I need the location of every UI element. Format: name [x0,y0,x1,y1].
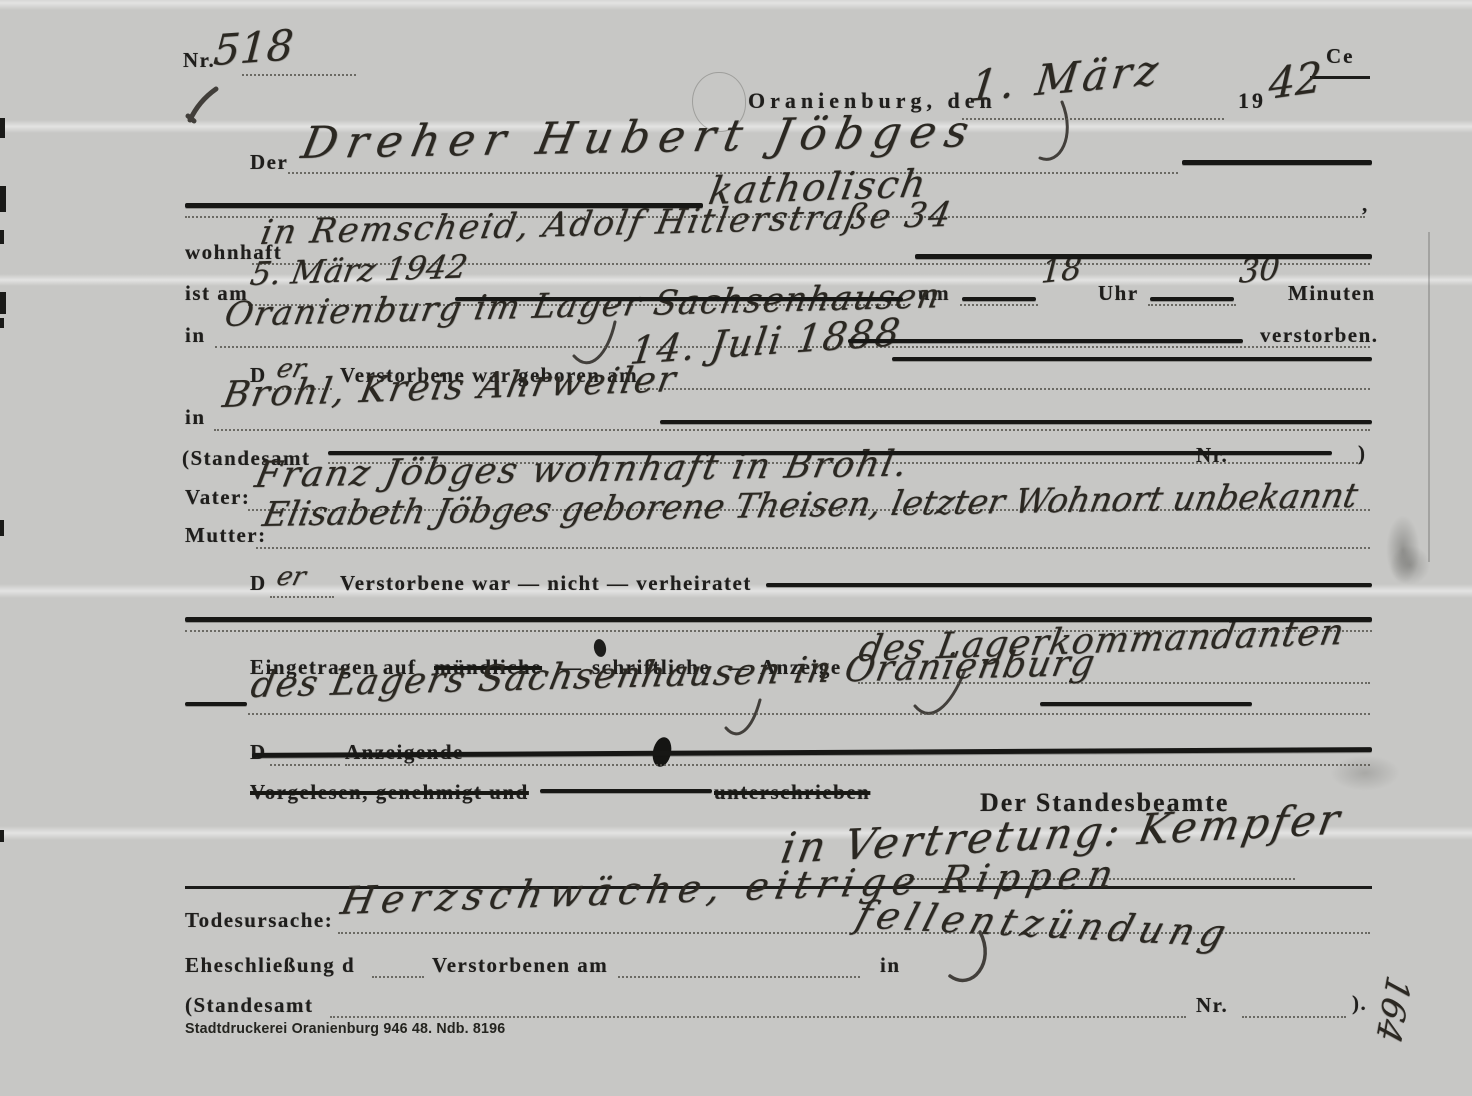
dotted-line [1148,304,1236,306]
pen-flourish [726,700,760,734]
cause-of-death-label: Todesursache: [185,908,333,933]
printer-imprint: Stadtdruckerei Oranienburg 946 48. Ndb. … [185,1020,505,1037]
death-place-label: in [185,323,206,348]
registry2-label: (Standesamt [185,993,314,1018]
hour-label: Uhr [1098,281,1139,306]
dotted-line [242,74,356,76]
strikeout-bar [185,617,1372,622]
strikeout-bar [892,357,1372,361]
comma-mark: , [1362,192,1369,217]
marriage-label-2: Verstorbenen am [432,953,608,978]
deceased-name: Dreher Hubert Jöbges [298,110,981,166]
strikeout-bar [1182,160,1372,165]
registry2-close-paren: ). [1352,991,1367,1016]
marital-prefix: D [250,571,267,596]
strikeout-bar [185,702,247,706]
death-date-value: 5. März 1942 [248,250,470,290]
registry-close-paren: ) [1358,441,1367,466]
minute-label: Minuten [1288,281,1376,306]
strikeout-bar [962,297,1036,301]
dotted-line [962,118,1224,120]
strikeout-bar [848,339,1243,343]
marriage-label-1: Eheschließung d [185,953,355,978]
certificate-number-value: 518 [212,24,295,72]
dotted-line [960,304,1038,306]
strikeout-bar [766,583,1372,587]
pen-flourish [574,322,615,363]
dotted-line [372,976,424,978]
strikeout-bar [1150,297,1234,301]
certificate-number-label: Nr. [183,48,215,73]
marriage-in-label: in [880,953,901,978]
dotted-line [214,429,1370,431]
margin-number: 164 [1371,972,1415,1047]
dotted-line [345,764,1370,766]
dotted-line [618,976,860,978]
strikeout-bar [540,789,712,793]
pen-check-mark [190,89,216,120]
year-handwritten: 42 [1268,56,1322,106]
article-label: Der [250,150,288,175]
pen-flourish [1040,102,1067,159]
death-certificate-scan: Nr. 518 Oranienburg, den 1. März 19 42 C… [0,0,1472,1096]
signed-label-struck: unterschrieben [714,780,870,805]
dotted-line [640,388,1370,390]
registry2-nr-label: Nr. [1196,993,1228,1018]
father-label: Vater: [185,485,250,510]
strikeout-bar [660,420,1372,424]
dotted-line [1242,1016,1346,1018]
registry-nr-label: Nr. [1196,443,1228,468]
strikeout-bar [185,203,703,208]
corner-mark: Ce [1326,44,1355,69]
strikeout-bar [915,254,1372,259]
read-approved-label-struck: Vorgelesen, genehmigt und [250,780,529,805]
dotted-line [270,596,334,598]
mother-label: Mutter: [185,523,267,548]
strikeout-bar [455,297,903,301]
died-label: verstorben. [1260,323,1379,348]
dotted-line [330,1016,1186,1018]
strikeout-bar [328,451,1332,455]
birth-place-label: in [185,405,206,430]
dotted-line [248,713,1370,715]
strikeout-bar [1040,702,1252,706]
marital-label: Verstorbene war — nicht — verheiratet [340,571,752,596]
year-printed: 19 [1238,88,1266,114]
dotted-line [256,547,1370,549]
dotted-line [270,764,340,766]
